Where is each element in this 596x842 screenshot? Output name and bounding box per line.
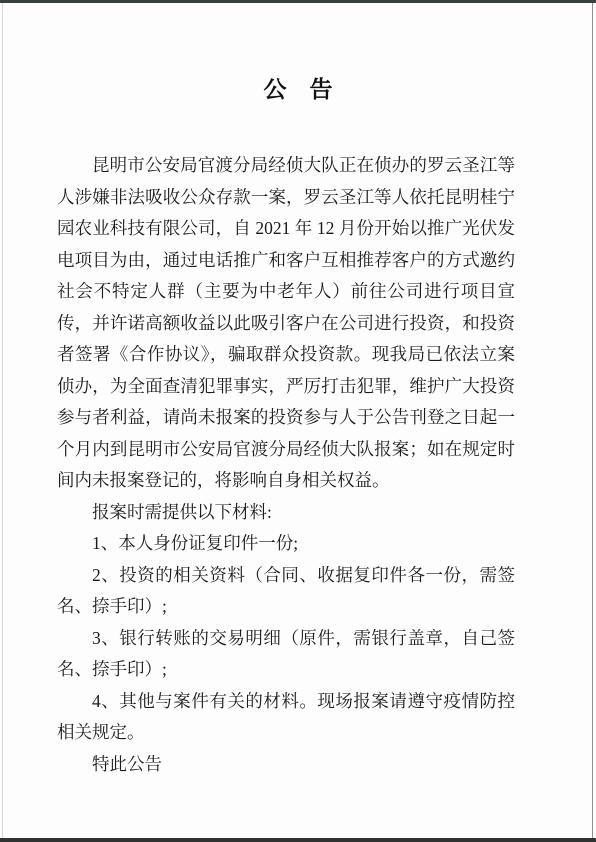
paragraph: 4、其他与案件有关的材料。现场报案请遵守疫情防控相关规定。: [57, 686, 515, 749]
paragraph: 昆明市公安局官渡分局经侦大队正在侦办的罗云圣江等人涉嫌非法吸收公众存款一案，罗云…: [57, 150, 515, 497]
page-left-edge: [2, 3, 3, 838]
paragraph: 特此公告: [57, 749, 515, 781]
page-top-edge: [0, 0, 596, 3]
paragraph: 2、投资的相关资料（合同、收据复印件各一份，需签名、捺手印）;: [57, 560, 515, 623]
page-right-edge: [592, 3, 593, 838]
notice-title: 公 告: [0, 74, 596, 106]
notice-body: 昆明市公安局官渡分局经侦大队正在侦办的罗云圣江等人涉嫌非法吸收公众存款一案，罗云…: [57, 150, 515, 780]
paragraph: 3、银行转账的交易明细（原件，需银行盖章，自己签名、捺手印）;: [57, 623, 515, 686]
paragraph: 报案时需提供以下材料:: [57, 497, 515, 529]
paragraph: 1、本人身份证复印件一份;: [57, 528, 515, 560]
document-page: 公 告 昆明市公安局官渡分局经侦大队正在侦办的罗云圣江等人涉嫌非法吸收公众存款一…: [0, 0, 596, 842]
page-bottom-edge: [0, 838, 596, 842]
